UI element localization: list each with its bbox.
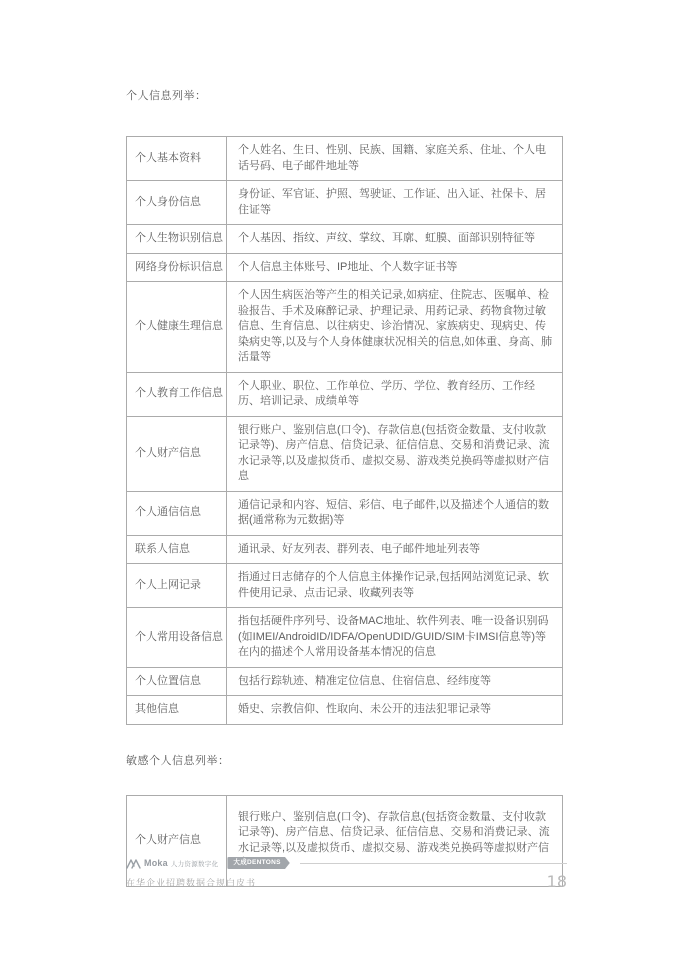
table-row: 个人财产信息 银行账户、鉴别信息(口令)、存款信息(包括资金数量、支付收款记录等…: [127, 416, 563, 491]
section1-title: 个人信息列举：: [126, 90, 563, 103]
category-cell: 个人身份信息: [127, 181, 227, 225]
description-cell: 通信记录和内容、短信、彩信、电子邮件,以及描述个人通信的数据(通常称为元数据)等: [227, 491, 563, 535]
table-row: 个人身份信息 身份证、军官证、护照、驾驶证、工作证、出入证、社保卡、居住证等: [127, 181, 563, 225]
footer-logo-row: Moka 人力资源数字化 大成DENTONS: [126, 856, 567, 870]
description-cell: 个人职业、职位、工作单位、学历、学位、教育经历、工作经历、培训记录、成绩单等: [227, 372, 563, 416]
category-cell: 个人位置信息: [127, 667, 227, 696]
description-cell: 个人基因、指纹、声纹、掌纹、耳廓、虹膜、面部识别特征等: [227, 225, 563, 254]
category-cell: 个人上网记录: [127, 564, 227, 608]
category-cell: 个人健康生理信息: [127, 282, 227, 373]
description-cell: 指包括硬件序列号、设备MAC地址、软件列表、唯一设备识别码(如IMEI/Andr…: [227, 608, 563, 668]
table-row: 联系人信息 通讯录、好友列表、群列表、电子邮件地址列表等: [127, 535, 563, 564]
description-cell: 指通过日志储存的个人信息主体操作记录,包括网站浏览记录、软件使用记录、点击记录、…: [227, 564, 563, 608]
table-row: 个人常用设备信息 指包括硬件序列号、设备MAC地址、软件列表、唯一设备识别码(如…: [127, 608, 563, 668]
section2-title: 敏感个人信息列举：: [126, 755, 563, 768]
moka-logo-icon: [126, 858, 141, 869]
table-row: 个人基本资料 个人姓名、生日、性别、民族、国籍、家庭关系、住址、个人电话号码、电…: [127, 137, 563, 181]
table-row: 网络身份标识信息 个人信息主体账号、IP地址、个人数字证书等: [127, 253, 563, 282]
document-page: 个人信息列举： 个人基本资料 个人姓名、生日、性别、民族、国籍、家庭关系、住址、…: [0, 0, 687, 967]
moka-logo-wordmark: Moka: [144, 858, 168, 868]
category-cell: 网络身份标识信息: [127, 253, 227, 282]
description-cell: 银行账户、鉴别信息(口令)、存款信息(包括资金数量、支付收款记录等)、房产信息、…: [227, 416, 563, 491]
page-number: 18: [547, 875, 567, 889]
category-cell: 个人基本资料: [127, 137, 227, 181]
description-cell: 个人信息主体账号、IP地址、个人数字证书等: [227, 253, 563, 282]
dentons-badge: 大成DENTONS: [227, 857, 289, 870]
description-cell: 个人姓名、生日、性别、民族、国籍、家庭关系、住址、个人电话号码、电子邮件地址等: [227, 137, 563, 181]
table-row: 个人位置信息 包括行踪轨迹、精准定位信息、住宿信息、经纬度等: [127, 667, 563, 696]
category-cell: 其他信息: [127, 696, 227, 725]
personal-info-table: 个人基本资料 个人姓名、生日、性别、民族、国籍、家庭关系、住址、个人电话号码、电…: [126, 136, 563, 725]
category-cell: 个人通信信息: [127, 491, 227, 535]
footer-divider: [300, 863, 567, 864]
table-row: 个人生物识别信息 个人基因、指纹、声纹、掌纹、耳廓、虹膜、面部识别特征等: [127, 225, 563, 254]
description-cell: 身份证、军官证、护照、驾驶证、工作证、出入证、社保卡、居住证等: [227, 181, 563, 225]
category-cell: 个人生物识别信息: [127, 225, 227, 254]
category-cell: 联系人信息: [127, 535, 227, 564]
moka-logo-tagline: 人力资源数字化: [171, 859, 219, 868]
description-cell: 通讯录、好友列表、群列表、电子邮件地址列表等: [227, 535, 563, 564]
description-cell: 婚史、宗教信仰、性取向、未公开的违法犯罪记录等: [227, 696, 563, 725]
table-row: 个人教育工作信息 个人职业、职位、工作单位、学历、学位、教育经历、工作经历、培训…: [127, 372, 563, 416]
table-row: 个人健康生理信息 个人因生病医治等产生的相关记录,如病症、住院志、医嘱单、检验报…: [127, 282, 563, 373]
footer-text-row: 在华企业招聘数据合规白皮书 18: [126, 875, 567, 889]
description-cell: 个人因生病医治等产生的相关记录,如病症、住院志、医嘱单、检验报告、手术及麻醉记录…: [227, 282, 563, 373]
document-title: 在华企业招聘数据合规白皮书: [126, 878, 256, 889]
category-cell: 个人常用设备信息: [127, 608, 227, 668]
table-row: 个人通信信息 通信记录和内容、短信、彩信、电子邮件,以及描述个人通信的数据(通常…: [127, 491, 563, 535]
category-cell: 个人财产信息: [127, 416, 227, 491]
category-cell: 个人教育工作信息: [127, 372, 227, 416]
page-content: 个人信息列举： 个人基本资料 个人姓名、生日、性别、民族、国籍、家庭关系、住址、…: [126, 90, 563, 887]
description-cell: 包括行踪轨迹、精准定位信息、住宿信息、经纬度等: [227, 667, 563, 696]
table-row: 个人上网记录 指通过日志储存的个人信息主体操作记录,包括网站浏览记录、软件使用记…: [127, 564, 563, 608]
page-footer: Moka 人力资源数字化 大成DENTONS 在华企业招聘数据合规白皮书 18: [126, 856, 567, 889]
table-row: 其他信息 婚史、宗教信仰、性取向、未公开的违法犯罪记录等: [127, 696, 563, 725]
